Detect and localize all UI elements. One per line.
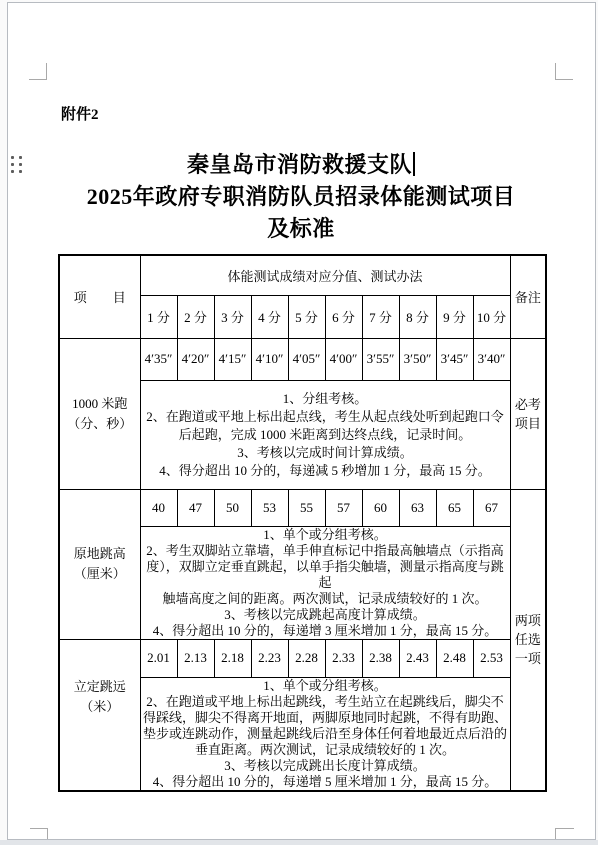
score-value-cell: 4′10″ — [251, 338, 288, 380]
remark-choose-one-of-two: 两项 任选 一项 — [510, 489, 546, 791]
notes-cell-1000m-run: 1、分组考核。 2、在跑道或平地上标出起点线，考生从起点线处听到起跑口令 后起跑… — [140, 380, 510, 489]
item-label-standing-high-jump: 原地跳高 （厘米） — [59, 489, 140, 639]
page-bottom-edge — [0, 840, 598, 845]
score-value-cell: 60 — [362, 489, 399, 526]
item-label-1000m-run: 1000 米跑 （分、秒） — [59, 338, 140, 489]
drag-handle-dot — [19, 156, 22, 159]
score-value-cell: 2.43 — [399, 639, 436, 677]
score-value-cell: 50 — [214, 489, 251, 526]
title-line-2: 2025年政府专职消防队员招录体能测试项目 — [46, 181, 556, 213]
notes-cell-standing-long-jump: 1、单个或分组考核。 2、在跑道或平地上标出起跳线，考生站立在起跳线后，脚尖不 … — [140, 677, 510, 791]
score-header-cell: 6 分 — [325, 295, 362, 338]
document-stage: 附件2 秦皇岛市消防救援支队 2025年政府专职消防队员招录体能测试项目 及标准… — [0, 0, 598, 845]
text-cursor — [413, 152, 415, 176]
score-value-cell: 40 — [140, 489, 177, 526]
score-value-cell: 63 — [399, 489, 436, 526]
margin-mark-top-left-icon — [29, 63, 47, 80]
score-value-cell: 3′50″ — [399, 338, 436, 380]
score-value-cell: 2.01 — [140, 639, 177, 677]
document-page[interactable]: 附件2 秦皇岛市消防救援支队 2025年政府专职消防队员招录体能测试项目 及标准… — [7, 2, 596, 840]
drag-handle-dot — [11, 156, 14, 159]
title-line-1-text: 秦皇岛市消防救援支队 — [187, 152, 412, 177]
score-header-cell: 8 分 — [399, 295, 436, 338]
score-title-header: 体能测试成绩对应分值、测试办法 — [140, 255, 510, 295]
score-value-cell: 2.38 — [362, 639, 399, 677]
notes-cell-standing-high-jump: 1、单个或分组考核。 2、考生双脚站立靠墙，单手伸直标记中指最高触墙点（示指高 … — [140, 526, 510, 639]
drag-handle-dot — [19, 170, 22, 173]
score-header-cell: 4 分 — [251, 295, 288, 338]
score-value-cell: 2.48 — [436, 639, 473, 677]
score-value-cell: 2.53 — [473, 639, 510, 677]
drag-handle-icon[interactable] — [11, 156, 22, 173]
score-header-cell: 10 分 — [473, 295, 510, 338]
score-value-cell: 55 — [288, 489, 325, 526]
score-value-cell: 3′40″ — [473, 338, 510, 380]
fitness-test-table: 项 目 体能测试成绩对应分值、测试办法 备注 1 分 2 分 3 分 4 分 5… — [58, 254, 547, 792]
table-header-row-1: 项 目 体能测试成绩对应分值、测试办法 备注 — [59, 255, 546, 295]
score-value-cell: 2.28 — [288, 639, 325, 677]
score-value-cell: 4′35″ — [140, 338, 177, 380]
score-value-cell: 4′15″ — [214, 338, 251, 380]
score-value-cell: 4′00″ — [325, 338, 362, 380]
score-header-cell: 3 分 — [214, 295, 251, 338]
score-header-cell: 9 分 — [436, 295, 473, 338]
margin-mark-bottom-right-icon — [555, 828, 574, 839]
drag-handle-dot — [11, 170, 14, 173]
score-header-cell: 7 分 — [362, 295, 399, 338]
score-value-cell: 57 — [325, 489, 362, 526]
margin-mark-bottom-left-icon — [30, 828, 48, 839]
drag-handle-dot — [19, 163, 22, 166]
remark-required-item: 必考 项目 — [510, 338, 546, 489]
score-value-cell: 3′45″ — [436, 338, 473, 380]
score-value-cell: 4′05″ — [288, 338, 325, 380]
score-value-cell: 2.23 — [251, 639, 288, 677]
score-value-cell: 65 — [436, 489, 473, 526]
title-line-1: 秦皇岛市消防救援支队 — [46, 149, 556, 181]
table-row-highjump-values: 原地跳高 （厘米） 40 47 50 53 55 57 60 63 65 67 … — [59, 489, 546, 526]
remark-column-header: 备注 — [510, 255, 546, 338]
item-label-standing-long-jump: 立定跳远 （米） — [59, 639, 140, 791]
drag-handle-dot — [11, 163, 14, 166]
score-value-cell: 4′20″ — [177, 338, 214, 380]
document-title: 秦皇岛市消防救援支队 2025年政府专职消防队员招录体能测试项目 及标准 — [46, 149, 556, 245]
score-value-cell: 53 — [251, 489, 288, 526]
attachment-label: 附件2 — [61, 103, 99, 124]
table-row-run-values: 1000 米跑 （分、秒） 4′35″ 4′20″ 4′15″ 4′10″ 4′… — [59, 338, 546, 380]
score-value-cell: 2.18 — [214, 639, 251, 677]
score-header-cell: 5 分 — [288, 295, 325, 338]
score-header-cell: 2 分 — [177, 295, 214, 338]
title-line-3: 及标准 — [46, 213, 556, 245]
margin-mark-top-right-icon — [555, 63, 573, 80]
score-value-cell: 2.13 — [177, 639, 214, 677]
score-value-cell: 3′55″ — [362, 338, 399, 380]
item-column-header: 项 目 — [59, 255, 140, 338]
score-header-cell: 1 分 — [140, 295, 177, 338]
score-value-cell: 47 — [177, 489, 214, 526]
table-row-longjump-values: 立定跳远 （米） 2.01 2.13 2.18 2.23 2.28 2.33 2… — [59, 639, 546, 677]
score-value-cell: 2.33 — [325, 639, 362, 677]
score-value-cell: 67 — [473, 489, 510, 526]
